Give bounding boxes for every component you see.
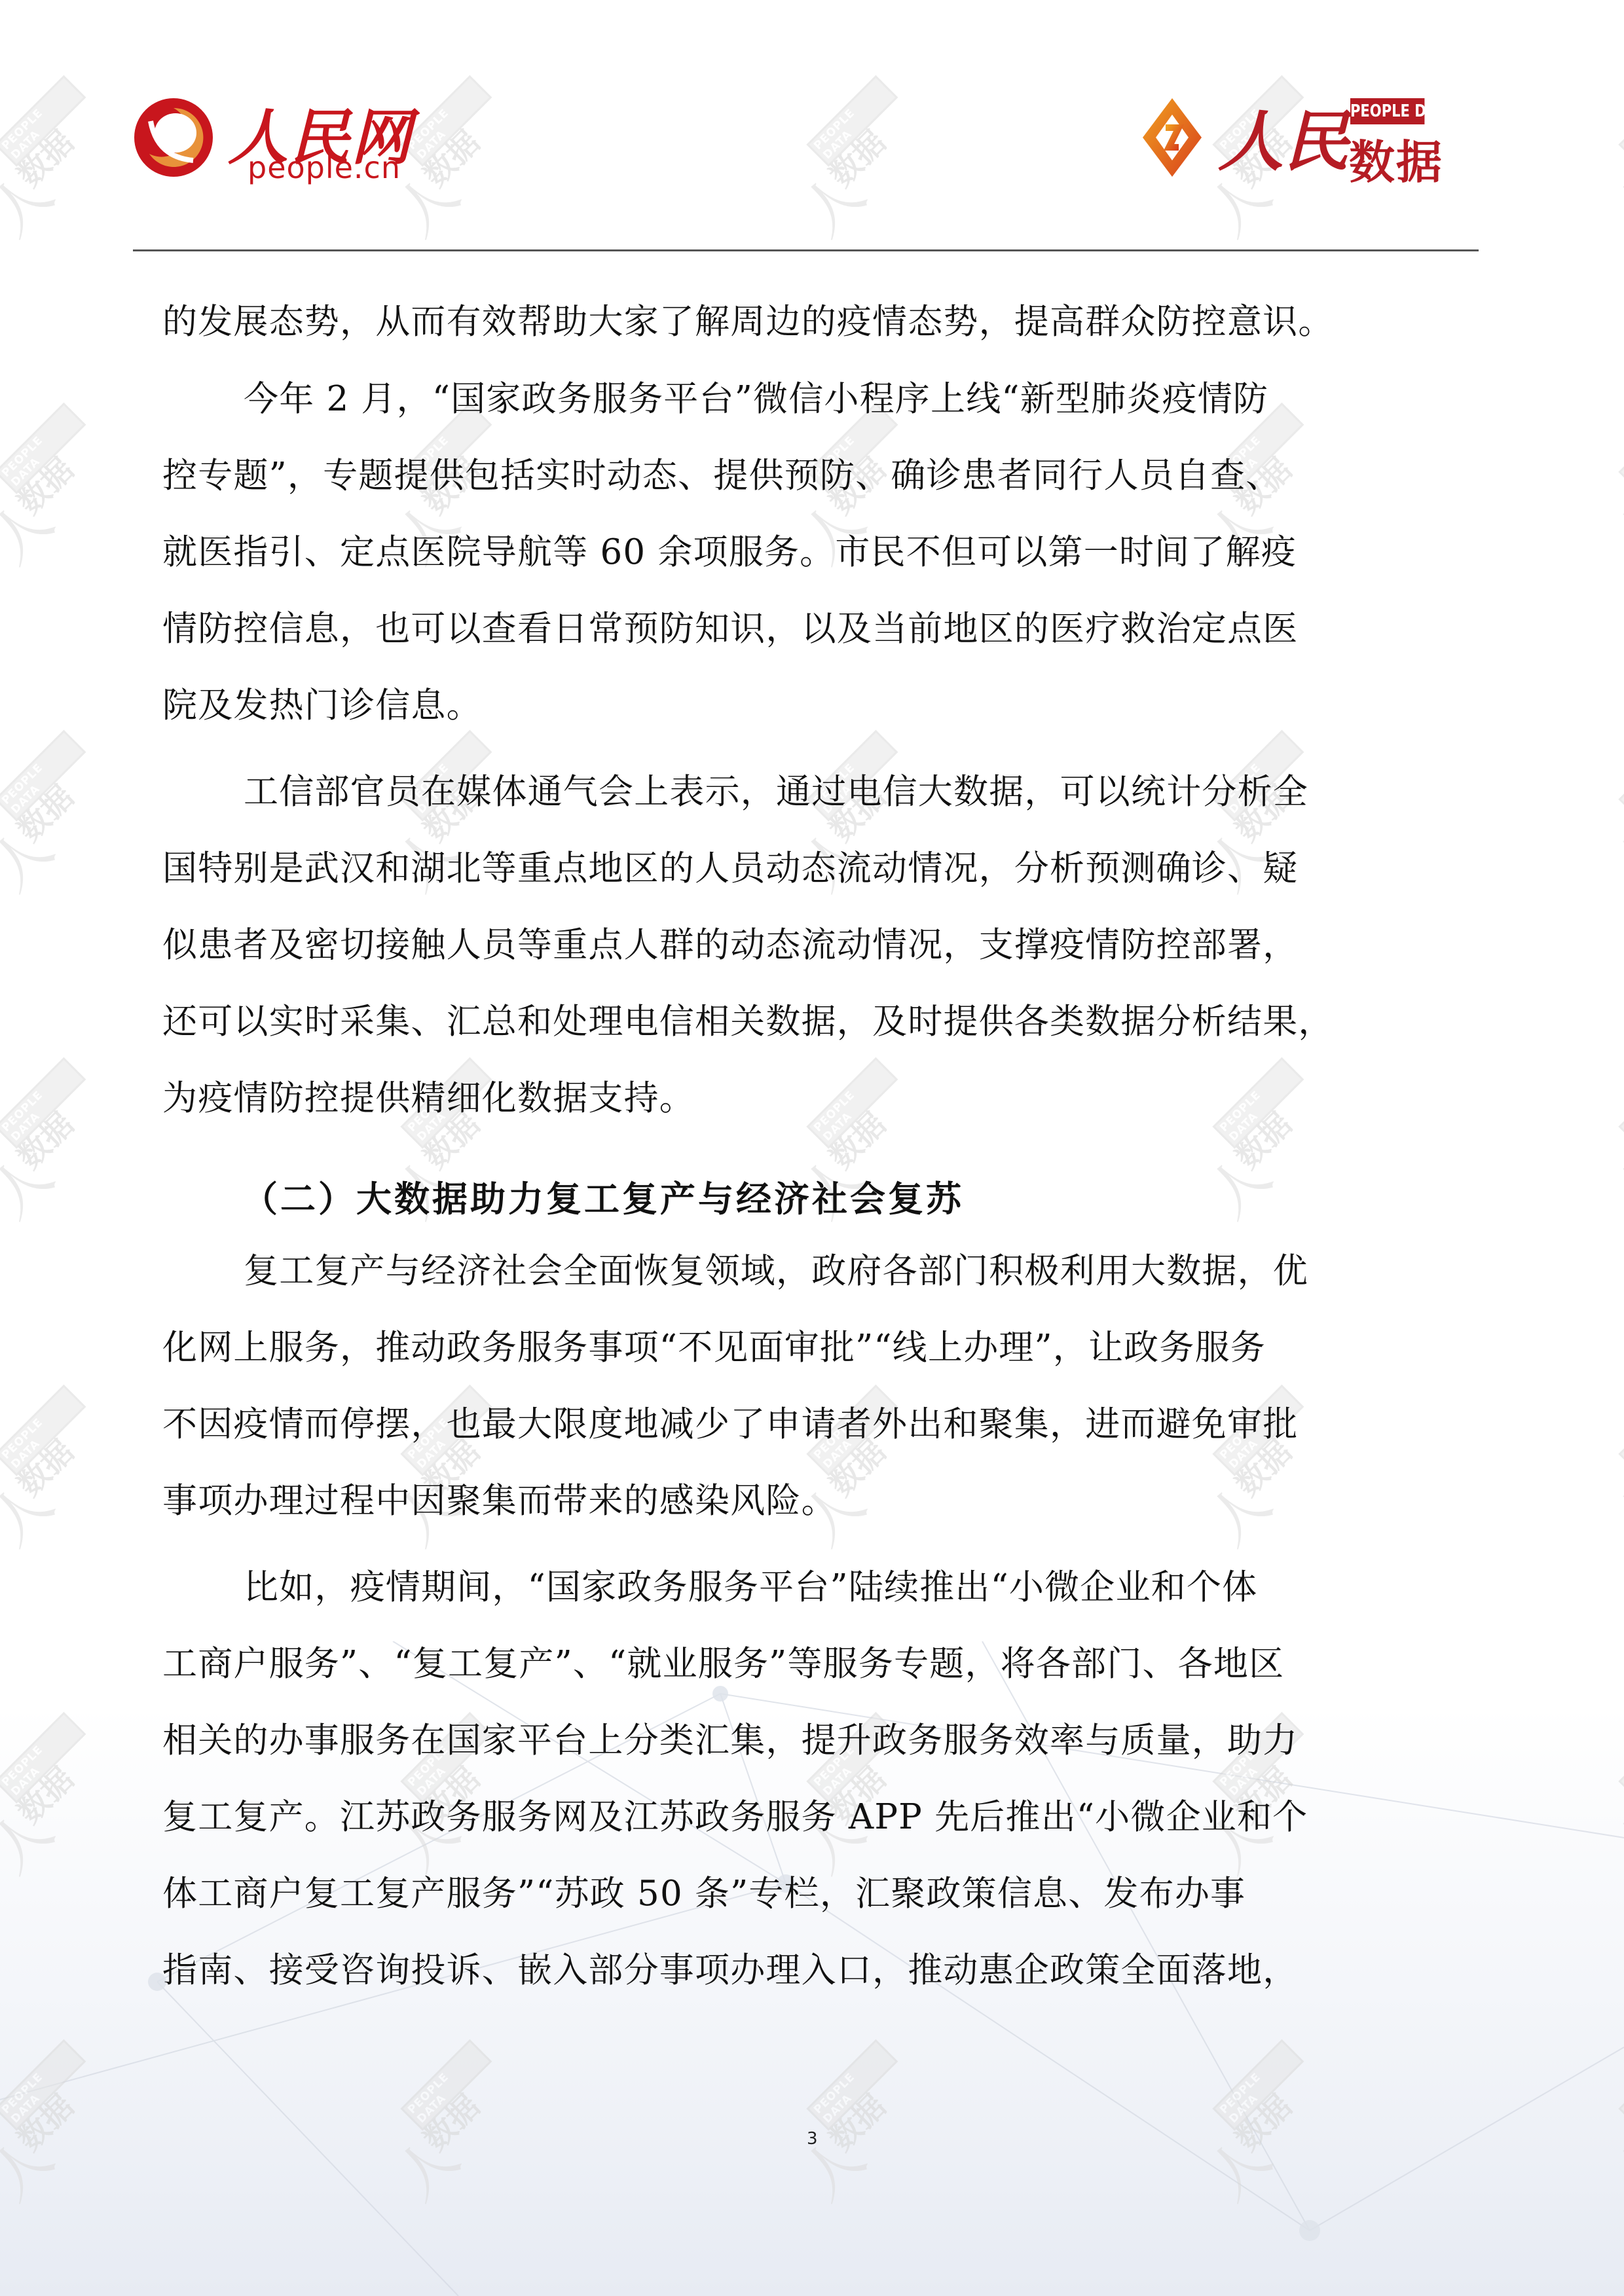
- watermark-cn-text: 数据: [5, 773, 82, 850]
- paragraph-line: 情防控信息，也可以查看日常预防知识，以及当前地区的医疗救治定点医: [162, 610, 1485, 649]
- watermark-en-text: PEOPLE DATA: [1618, 730, 1624, 822]
- watermark-brush-glyph: 人: [373, 2113, 475, 2215]
- paragraph-line: 控专题”，专题提供包括实时动态、提供预防、确诊患者同行人员自查、: [162, 456, 1485, 496]
- watermark-brush-glyph: 人: [0, 2113, 68, 2215]
- paragraph-line: 事项办理过程中因聚集而带来的感染风险。: [162, 1482, 1485, 1521]
- people-data-watermark: 人PEOPLE DATA数据: [335, 1684, 548, 1897]
- paragraph-line: 院及发热门诊信息。: [162, 686, 1485, 725]
- watermark-brush-glyph: 人: [1591, 1131, 1624, 1233]
- watermark-cn-text: 数据: [411, 2083, 488, 2159]
- paragraph-line: 还可以实时采集、汇总和处理电信相关数据，及时提供各类数据分析结果，: [162, 1002, 1485, 1042]
- people-data-watermark: 人PEOPLE DATA数据: [0, 47, 143, 260]
- watermark-en-text: PEOPLE DATA: [1618, 2039, 1624, 2131]
- watermark-cn-text: 数据: [5, 1101, 82, 1177]
- watermark-brush-glyph: 人: [1185, 1131, 1287, 1233]
- watermark-brush-glyph: 人: [0, 804, 68, 906]
- watermark-cn-text: 数据: [5, 1428, 82, 1504]
- people-data-watermark: 人PEOPLE DATA数据: [1553, 2011, 1624, 2224]
- watermark-en-text: PEOPLE DATA: [0, 1385, 86, 1476]
- watermark-brush-glyph: 人: [1591, 2113, 1624, 2215]
- people-data-watermark: 人PEOPLE DATA数据: [1147, 2011, 1360, 2224]
- watermark-en-text: PEOPLE DATA: [1618, 75, 1624, 167]
- watermark-brush-glyph: 人: [1591, 149, 1624, 251]
- watermark-brush-glyph: 人: [1185, 2113, 1287, 2215]
- watermark-en-text: PEOPLE DATA: [0, 2039, 86, 2131]
- watermark-en-text: PEOPLE DATA: [1618, 1385, 1624, 1476]
- people-data-watermark: 人PEOPLE DATA数据: [1553, 47, 1624, 260]
- watermark-en-text: PEOPLE DATA: [0, 1057, 86, 1149]
- people-data-watermark: 人PEOPLE DATA数据: [0, 1684, 143, 1897]
- header-divider: [133, 249, 1479, 251]
- people-data-watermark: 人PEOPLE DATA数据: [741, 47, 954, 260]
- people-data-watermark: 人PEOPLE DATA数据: [1147, 1684, 1360, 1897]
- people-data-watermark: 人PEOPLE DATA数据: [741, 1684, 954, 1897]
- paragraph-line: 复工复产与经济社会全面恢复领域，政府各部门积极利用大数据，优: [244, 1252, 1566, 1291]
- people-data-watermark: 人PEOPLE DATA数据: [0, 702, 143, 915]
- people-data-watermark: 人PEOPLE DATA数据: [741, 1357, 954, 1569]
- watermark-brush-glyph: 人: [0, 1131, 68, 1233]
- people-data-watermark: 人PEOPLE DATA数据: [1553, 1357, 1624, 1569]
- watermark-brush-glyph: 人: [0, 149, 68, 251]
- watermark-brush-glyph: 人: [1591, 477, 1624, 579]
- paragraph-line: 化网上服务，推动政务服务事项“不见面审批”“线上办理”，让政务服务: [162, 1328, 1485, 1368]
- watermark-en-text: PEOPLE DATA: [1212, 2039, 1304, 2131]
- paragraph-line: 国特别是武汉和湖北等重点地区的人员动态流动情况，分析预测确诊、疑: [162, 849, 1485, 888]
- watermark-cn-text: 数据: [5, 2083, 82, 2159]
- paragraph-line: 相关的办事服务在国家平台上分类汇集，提升政务服务效率与质量，助力: [162, 1721, 1485, 1760]
- background-gradient: [0, 1707, 1624, 2296]
- watermark-en-text: PEOPLE DATA: [400, 2039, 492, 2131]
- paragraph-line: 今年 2 月，“国家政务服务平台”微信小程序上线“新型肺炎疫情防: [244, 380, 1566, 419]
- watermark-en-text: PEOPLE DATA: [1618, 1712, 1624, 1804]
- people-data-watermark: 人PEOPLE DATA数据: [0, 374, 143, 587]
- watermark-en-text: PEOPLE DATA: [806, 2039, 898, 2131]
- paragraph-line: 似患者及密切接触人员等重点人群的动态流动情况，支撑疫情防控部署，: [162, 926, 1485, 965]
- paragraph-line: 复工复产。江苏政务服务网及江苏政务服务 APP 先后推出“小微企业和个: [162, 1798, 1485, 1837]
- watermark-cn-text: 数据: [817, 118, 894, 195]
- watermark-en-text: PEOPLE DATA: [0, 75, 86, 167]
- people-data-watermark: 人PEOPLE DATA数据: [335, 1357, 548, 1569]
- watermark-brush-glyph: 人: [1591, 804, 1624, 906]
- watermark-brush-glyph: 人: [0, 1459, 68, 1561]
- people-data-watermark: 人PEOPLE DATA数据: [0, 1357, 143, 1569]
- watermark-en-text: PEOPLE DATA: [0, 730, 86, 822]
- people-data-logo-name: 人民: [1218, 89, 1349, 183]
- paragraph-line: 的发展态势，从而有效帮助大家了解周边的疫情态势，提高群众防控意识。: [162, 302, 1485, 342]
- watermark-en-text: PEOPLE DATA: [0, 403, 86, 494]
- paragraph-line: 体工商户复工复产服务”“苏政 50 条”专栏，汇聚政策信息、发布办事: [162, 1874, 1485, 1914]
- paragraph-line: 工信部官员在媒体通气会上表示，通过电信大数据，可以统计分析全: [244, 773, 1566, 812]
- paragraph-line: 为疫情防控提供精细化数据支持。: [162, 1079, 1485, 1118]
- people-data-watermark: 人PEOPLE DATA数据: [0, 1029, 143, 1242]
- people-cn-logo-domain: people.cn: [248, 150, 401, 185]
- watermark-en-text: PEOPLE DATA: [1618, 403, 1624, 494]
- watermark-cn-text: 数据: [817, 2083, 894, 2159]
- people-data-watermark: 人PEOPLE DATA数据: [1553, 1684, 1624, 1897]
- watermark-brush-glyph: 人: [779, 2113, 881, 2215]
- watermark-brush-glyph: 人: [0, 1786, 68, 1888]
- paragraph-line: 就医指引、定点医院导航等 60 余项服务。市民不但可以第一时间了解疫: [162, 533, 1485, 572]
- watermark-en-text: PEOPLE DATA: [1618, 1057, 1624, 1149]
- people-data-watermark: 人PEOPLE DATA数据: [1147, 1357, 1360, 1569]
- people-data-watermark: 人PEOPLE DATA数据: [0, 2011, 143, 2224]
- people-cn-logo: 人民网 people.cn: [131, 95, 413, 180]
- people-data-badge: PEOPLE DATA: [1350, 98, 1424, 124]
- watermark-brush-glyph: 人: [0, 477, 68, 579]
- people-cn-globe-icon: [131, 95, 216, 180]
- watermark-cn-text: 数据: [5, 118, 82, 195]
- watermark-cn-text: 数据: [5, 446, 82, 522]
- watermark-cn-text: 数据: [411, 118, 488, 195]
- people-data-watermark: 人PEOPLE DATA数据: [741, 2011, 954, 2224]
- watermark-en-text: PEOPLE DATA: [400, 75, 492, 167]
- paragraph-line: 工商户服务”、“复工复产”、“就业服务”等服务专题，将各部门、各地区: [162, 1645, 1485, 1684]
- people-data-logo-sub: 数据: [1349, 126, 1443, 192]
- watermark-brush-glyph: 人: [779, 149, 881, 251]
- people-data-diamond-icon: [1139, 92, 1205, 183]
- section-heading: （二）大数据助力复工复产与经济社会复苏: [242, 1178, 964, 1220]
- paragraph-line: 比如，疫情期间，“国家政务服务平台”陆续推出“小微企业和个体: [244, 1568, 1566, 1607]
- watermark-en-text: PEOPLE DATA: [806, 75, 898, 167]
- watermark-brush-glyph: 人: [1591, 1459, 1624, 1561]
- people-data-watermark: 人PEOPLE DATA数据: [335, 2011, 548, 2224]
- people-data-watermark: 人PEOPLE DATA数据: [1553, 1029, 1624, 1242]
- watermark-cn-text: 数据: [1223, 2083, 1300, 2159]
- watermark-brush-glyph: 人: [1591, 1786, 1624, 1888]
- paragraph-line: 不因疫情而停摆，也最大限度地减少了申请者外出和聚集，进而避免审批: [162, 1405, 1485, 1444]
- page-number: 3: [807, 2129, 818, 2149]
- watermark-cn-text: 数据: [5, 1755, 82, 1832]
- watermark-en-text: PEOPLE DATA: [0, 1712, 86, 1804]
- people-data-watermark: 人PEOPLE DATA数据: [1147, 1029, 1360, 1242]
- paragraph-line: 指南、接受咨询投诉、嵌入部分事项办理入口，推动惠企政策全面落地，: [162, 1951, 1485, 1990]
- people-data-logo: 人民 PEOPLE DATA 数据: [1139, 92, 1480, 190]
